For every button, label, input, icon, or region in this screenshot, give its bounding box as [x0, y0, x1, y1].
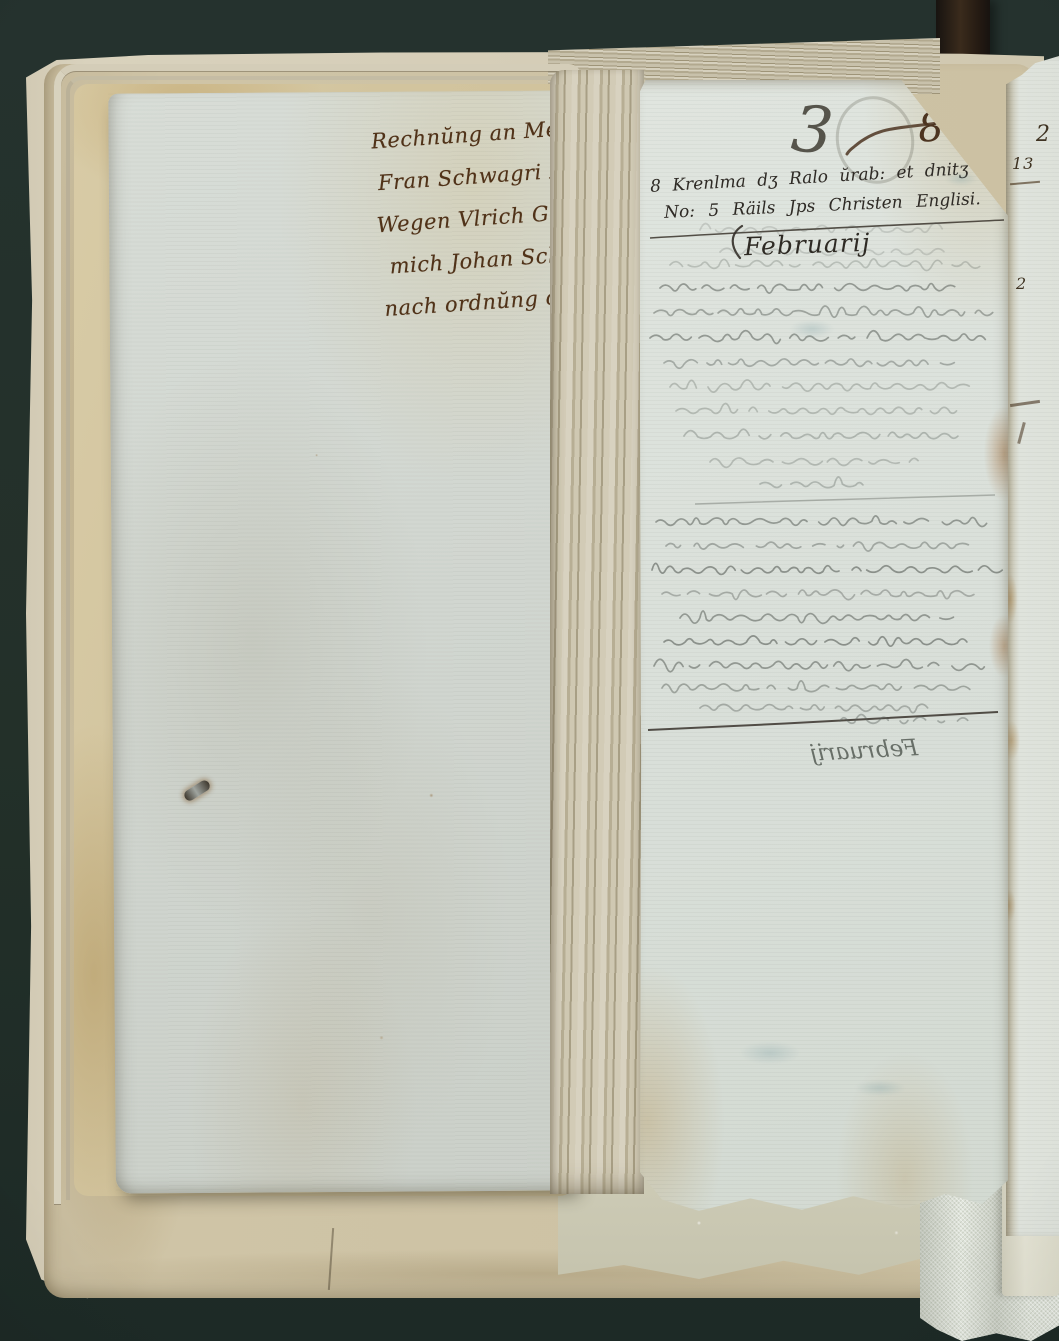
bleedthrough-line: [660, 284, 955, 294]
edge-underline: [1010, 181, 1040, 186]
bleedthrough-line: [760, 477, 870, 488]
edge-fragment: 2: [1036, 122, 1050, 147]
edge-fragment: 2: [1016, 274, 1026, 293]
bleedthrough-line: [670, 259, 993, 271]
bleedthrough-line: [684, 429, 958, 439]
bleedthrough-line: [700, 704, 938, 712]
section-heading: Februarij: [744, 228, 871, 261]
page-edge-strip: 2 13 2: [1006, 56, 1059, 1236]
blue-bleed-spot: [855, 1080, 905, 1096]
bleedthrough-handwriting: [650, 223, 1002, 724]
bleedthrough-line: [662, 681, 970, 693]
blue-bleed-spot: [740, 1042, 800, 1064]
bleedthrough-line: [654, 306, 993, 317]
bleedthrough-line: [664, 359, 954, 368]
bleedthrough-line: [676, 404, 957, 415]
bleedthrough-line: [662, 590, 974, 600]
pencil-folio-number: 3: [788, 92, 836, 170]
wormhole-mark: [182, 778, 212, 802]
bleedthrough-rule: [695, 495, 995, 504]
bleedthrough-line: [710, 458, 918, 467]
edge-stroke: [1010, 400, 1040, 407]
manuscript-photo: 2 13 2 Rechnŭng an Meiner Fran Schwagri …: [0, 0, 1059, 1341]
bleedthrough-line: [652, 563, 1002, 574]
edge-stroke: [1017, 422, 1026, 444]
paper-crack: [328, 1228, 334, 1290]
bleedthrough-line: [656, 516, 987, 527]
right-page: 3 86 : 8 : · 8 Krenlma dʒ Ralo ŭrab: et …: [640, 80, 1008, 1212]
blue-bleed-spot: [945, 172, 977, 186]
ink-rule: [648, 712, 998, 730]
gutter-fore-edges: [550, 70, 644, 1194]
blue-bleed-spot: [790, 320, 834, 338]
bleedthrough-line: [654, 659, 984, 671]
edge-fragment: 13: [1012, 154, 1034, 173]
bleedthrough-line: [666, 542, 968, 551]
bleedthrough-line: [664, 636, 967, 646]
bleedthrough-line: [670, 380, 969, 392]
left-page: Rechnŭng an Meiner Fran Schwagri Fron We…: [108, 90, 584, 1193]
bleedthrough-line: [680, 611, 953, 623]
